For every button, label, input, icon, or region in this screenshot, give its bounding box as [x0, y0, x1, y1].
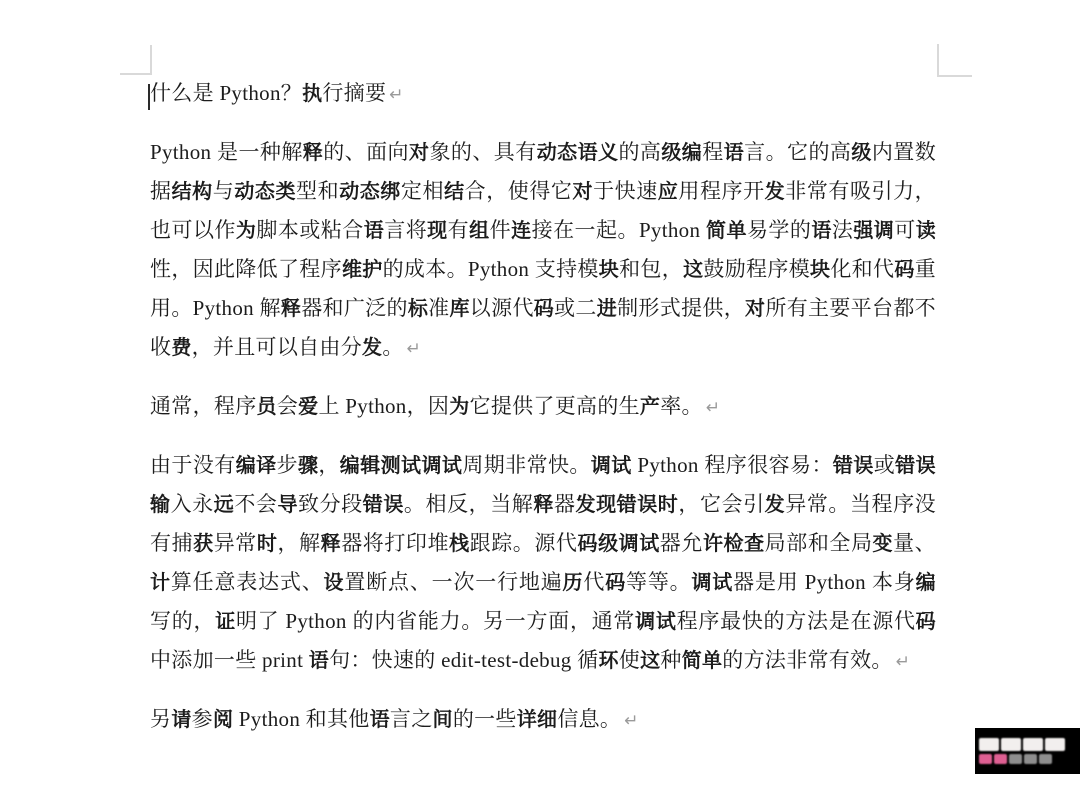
watermark-row-1 [979, 738, 1076, 751]
document-page[interactable]: 什么是 Python？执行摘要↵Python 是一种解释的、面向对象的、具有动态… [0, 0, 1080, 786]
paragraph-mark: ↵ [389, 85, 404, 105]
watermark-badge [975, 728, 1080, 774]
watermark-glyph [1023, 738, 1043, 751]
document-title[interactable]: 什么是 Python？执行摘要↵ [150, 74, 936, 115]
paragraph[interactable]: 由于没有编译步骤，编辑测试调试周期非常快。调试 Python 程序很容易：错误或… [150, 446, 936, 682]
watermark-glyph [1024, 754, 1037, 764]
watermark-glyph [979, 738, 999, 751]
watermark-glyph [1045, 738, 1065, 751]
watermark-glyph [1039, 754, 1052, 764]
watermark-glyph [994, 754, 1007, 764]
watermark-glyph [1001, 738, 1021, 751]
paragraph-mark: ↵ [407, 339, 422, 359]
paragraph-mark: ↵ [706, 398, 721, 418]
paragraph[interactable]: 另请参阅 Python 和其他语言之间的一些详细信息。↵ [150, 700, 936, 741]
watermark-glyph [1009, 754, 1022, 764]
watermark-row-2 [979, 754, 1076, 764]
document-text[interactable]: 什么是 Python？执行摘要↵Python 是一种解释的、面向对象的、具有动态… [150, 74, 936, 741]
watermark-glyph [979, 754, 992, 764]
paragraph[interactable]: Python 是一种解释的、面向对象的、具有动态语义的高级编程语言。它的高级内置… [150, 133, 936, 369]
paragraph[interactable]: 通常，程序员会爱上 Python，因为它提供了更高的生产率。↵ [150, 387, 936, 428]
margin-crop-mark-top-right [937, 44, 972, 77]
paragraph-mark: ↵ [896, 652, 911, 672]
margin-crop-mark-top-left [120, 45, 152, 75]
paragraph-mark: ↵ [624, 711, 639, 731]
